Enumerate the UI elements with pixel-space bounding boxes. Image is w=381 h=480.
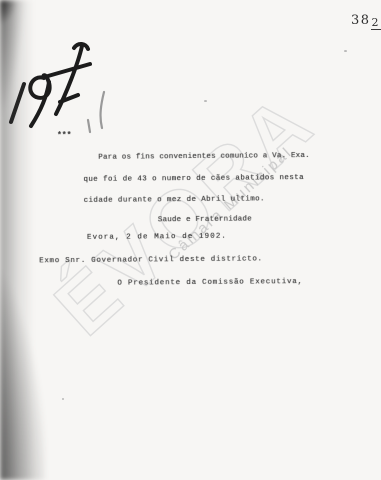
letter-dateline: Evora, 2 de Maio de 1902.	[87, 233, 227, 242]
scanned-document-page: ÉVORA Câmara Municipal *** Para os fins …	[0, 0, 381, 480]
paper-speck	[204, 100, 207, 102]
folio-number-suffix: 2	[371, 16, 381, 30]
handwritten-strokes-graphic	[2, 40, 122, 140]
handwritten-mark: 19≠	[2, 40, 122, 140]
letter-signature-title: O Presidente da Comissão Executiva,	[117, 278, 303, 288]
folio-number: 382	[351, 13, 381, 28]
letter-body-line-1: Para os fins convenientes comunico a Va.…	[98, 152, 310, 162]
folio-number-main: 38	[351, 13, 371, 28]
paper-speck	[344, 50, 347, 52]
paper-speck	[62, 398, 64, 400]
letter-body-line-3: cidade durante o mez de Abril ultimo.	[84, 195, 265, 205]
letter-salutation: Saude e Fraternidade	[158, 215, 252, 224]
letter-body-line-2: que foi de 43 o numero de cães abatidos …	[83, 174, 304, 184]
letter-addressee: Exmo Snr. Governador Civil deste distric…	[39, 255, 263, 265]
